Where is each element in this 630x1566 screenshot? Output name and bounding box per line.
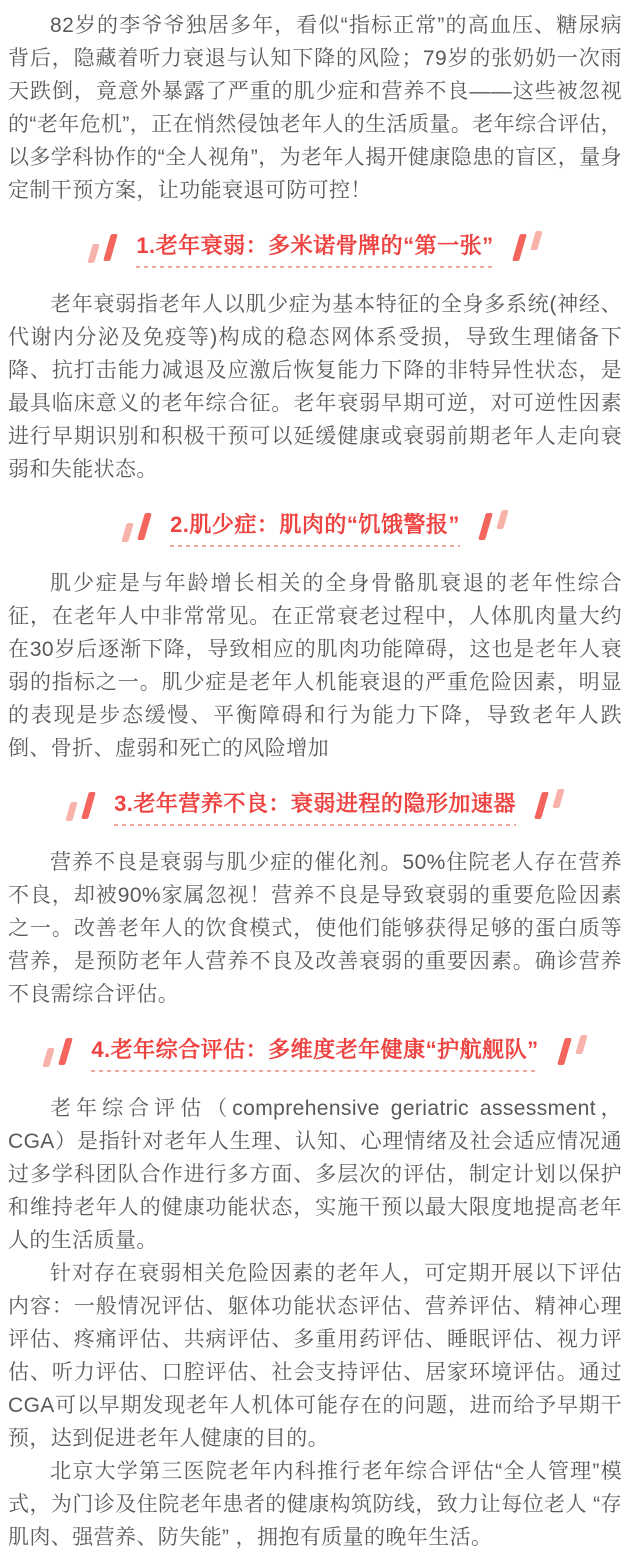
slash-mark-icon	[557, 1038, 572, 1065]
section-4-paragraph-2: 针对存在衰弱相关危险因素的老年人，可定期开展以下评估内容：一般情况评估、躯体功能…	[8, 1257, 622, 1455]
section-3-heading: 3.老年营养不良：衰弱进程的隐形加速器	[8, 789, 622, 826]
slash-mark-icon	[575, 1035, 587, 1054]
section-3-paragraph: 营养不良是衰弱与肌少症的催化剂。50%住院老人存在营养不良，却被90%家属忽视！…	[8, 846, 622, 1011]
slash-mark-icon	[530, 231, 542, 250]
heading-slashes-right	[482, 510, 506, 540]
slash-mark-icon	[58, 1038, 73, 1065]
slash-mark-icon	[43, 1048, 55, 1067]
intro-paragraph: 82岁的李爷爷独居多年，看似“指标正常”的高血压、糖尿病背后，隐藏着听力衰退与认…	[8, 9, 622, 207]
section-1-heading: 1.老年衰弱：多米诺骨牌的“第一张”	[8, 231, 622, 268]
article-body: 82岁的李爷爷独居多年，看似“指标正常”的高血压、糖尿病背后，隐藏着听力衰退与认…	[0, 0, 630, 1566]
slash-mark-icon	[137, 513, 152, 540]
slash-mark-icon	[81, 792, 96, 819]
slash-mark-icon	[552, 789, 564, 808]
section-2-title: 2.肌少症：肌肉的“饥饿警报”	[170, 510, 460, 540]
slash-mark-icon	[65, 802, 77, 821]
section-4-heading: 4.老年综合评估：多维度老年健康“护航舰队”	[8, 1035, 622, 1072]
section-4-paragraph-1: 老年综合评估（comprehensive geriatric assessmen…	[8, 1092, 622, 1257]
section-4-paragraph-3: 北京大学第三医院老年内科推行老年综合评估“全人管理”模式，为门诊及住院老年患者的…	[8, 1455, 622, 1554]
slash-mark-icon	[512, 234, 527, 261]
slash-mark-icon	[478, 513, 493, 540]
section-2-paragraph: 肌少症是与年龄增长相关的全身骨骼肌衰退的老年性综合征，在老年人中非常常见。在正常…	[8, 567, 622, 765]
heading-title-block: 3.老年营养不良：衰弱进程的隐形加速器	[114, 789, 516, 826]
heading-dashed-underline	[114, 824, 516, 826]
heading-dashed-underline	[170, 545, 460, 547]
heading-slashes-left	[45, 1035, 69, 1067]
slash-mark-icon	[534, 792, 549, 819]
heading-slashes-right	[538, 789, 562, 819]
heading-slashes-right	[561, 1035, 585, 1065]
slash-mark-icon	[496, 510, 508, 529]
heading-title-block: 2.肌少症：肌肉的“饥饿警报”	[170, 510, 460, 547]
heading-slashes-left	[68, 789, 92, 821]
heading-slashes-left	[90, 231, 114, 263]
slash-mark-icon	[121, 523, 133, 542]
heading-title-block: 4.老年综合评估：多维度老年健康“护航舰队”	[91, 1035, 538, 1072]
section-1-paragraph: 老年衰弱指老年人以肌少症为基本特征的全身多系统(神经、代谢内分泌及免疫等)构成的…	[8, 288, 622, 486]
section-2-heading: 2.肌少症：肌肉的“饥饿警报”	[8, 510, 622, 547]
slash-mark-icon	[88, 244, 100, 263]
heading-dashed-underline	[91, 1070, 538, 1072]
section-1-title: 1.老年衰弱：多米诺骨牌的“第一张”	[136, 231, 493, 261]
heading-slashes-left	[124, 510, 148, 542]
heading-dashed-underline	[136, 266, 493, 268]
heading-title-block: 1.老年衰弱：多米诺骨牌的“第一张”	[136, 231, 493, 268]
heading-slashes-right	[516, 231, 540, 261]
section-3-title: 3.老年营养不良：衰弱进程的隐形加速器	[114, 789, 516, 819]
slash-mark-icon	[103, 234, 118, 261]
section-4-title: 4.老年综合评估：多维度老年健康“护航舰队”	[91, 1035, 538, 1065]
